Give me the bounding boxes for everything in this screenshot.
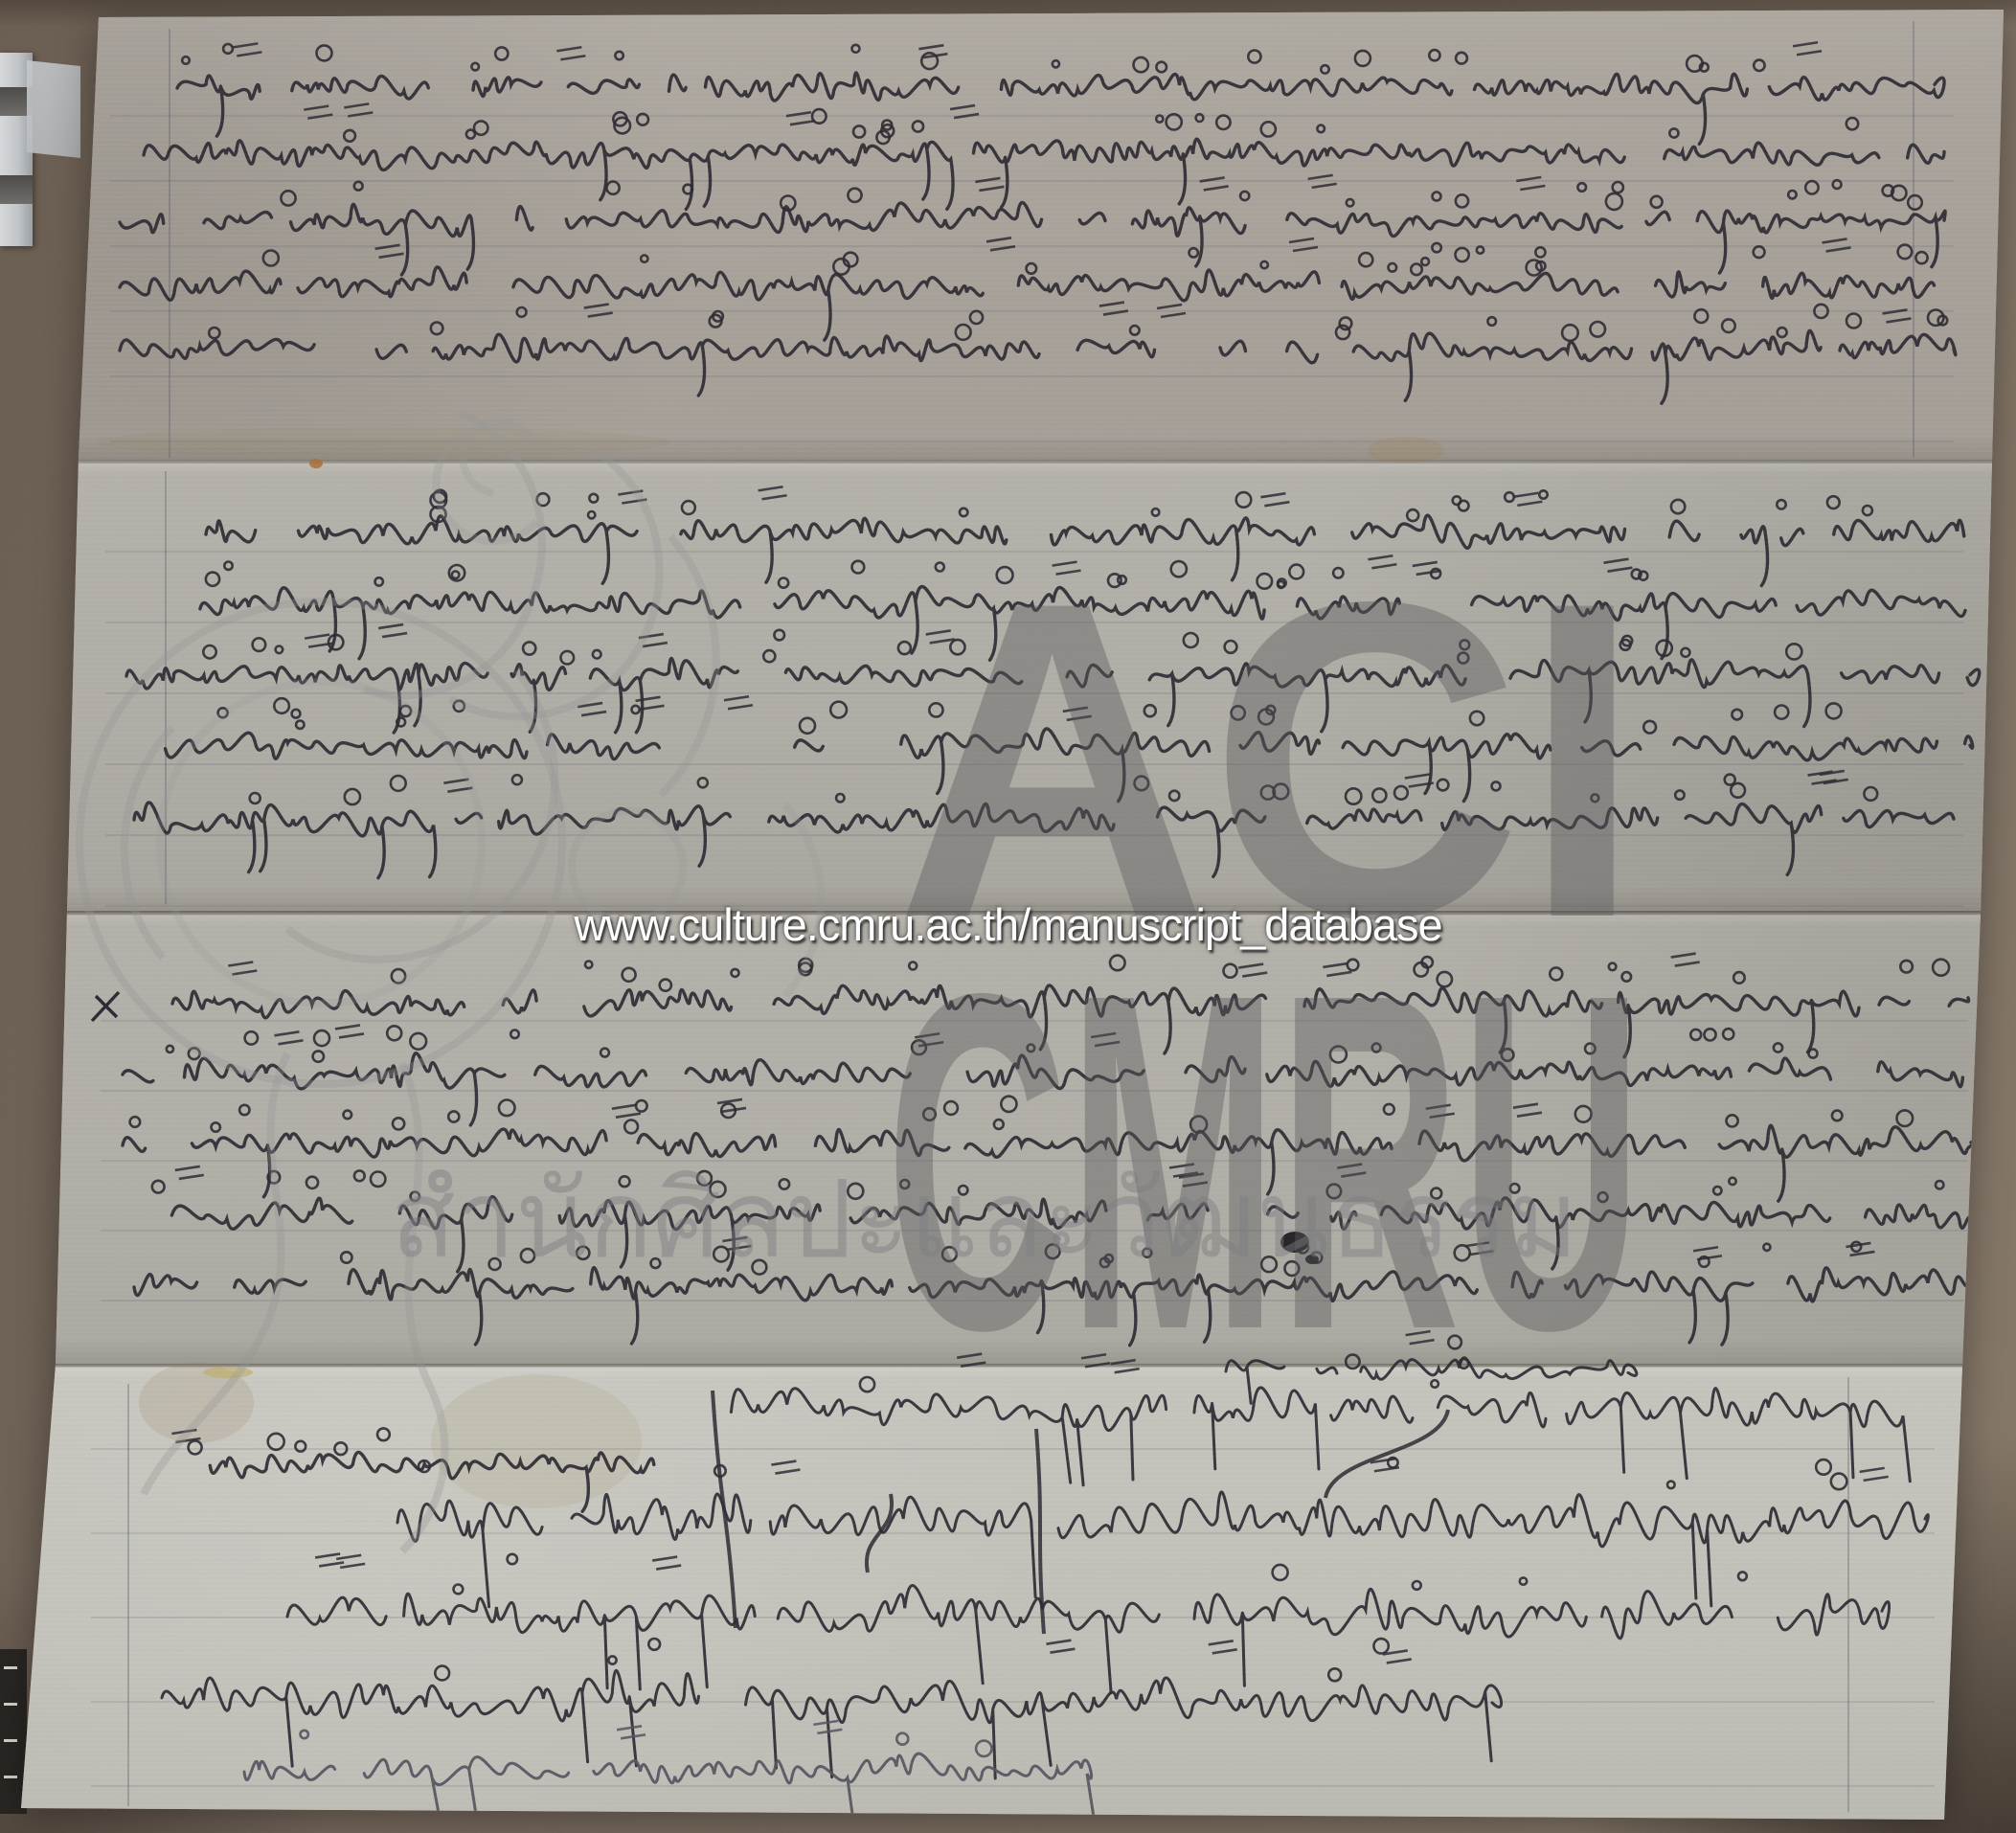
paper-panel-1 <box>0 0 2016 460</box>
paper-panel-2 <box>0 460 2016 913</box>
database-url-text: www.culture.cmru.ac.th/manuscript_databa… <box>0 898 2016 951</box>
paper-panel-3 <box>0 913 2016 1367</box>
manuscript-photo: ACI CMRU สำนักศิลปะและวัฒนธรรม www.cultu… <box>0 0 2016 1833</box>
paper-panel-4 <box>0 1367 2016 1833</box>
